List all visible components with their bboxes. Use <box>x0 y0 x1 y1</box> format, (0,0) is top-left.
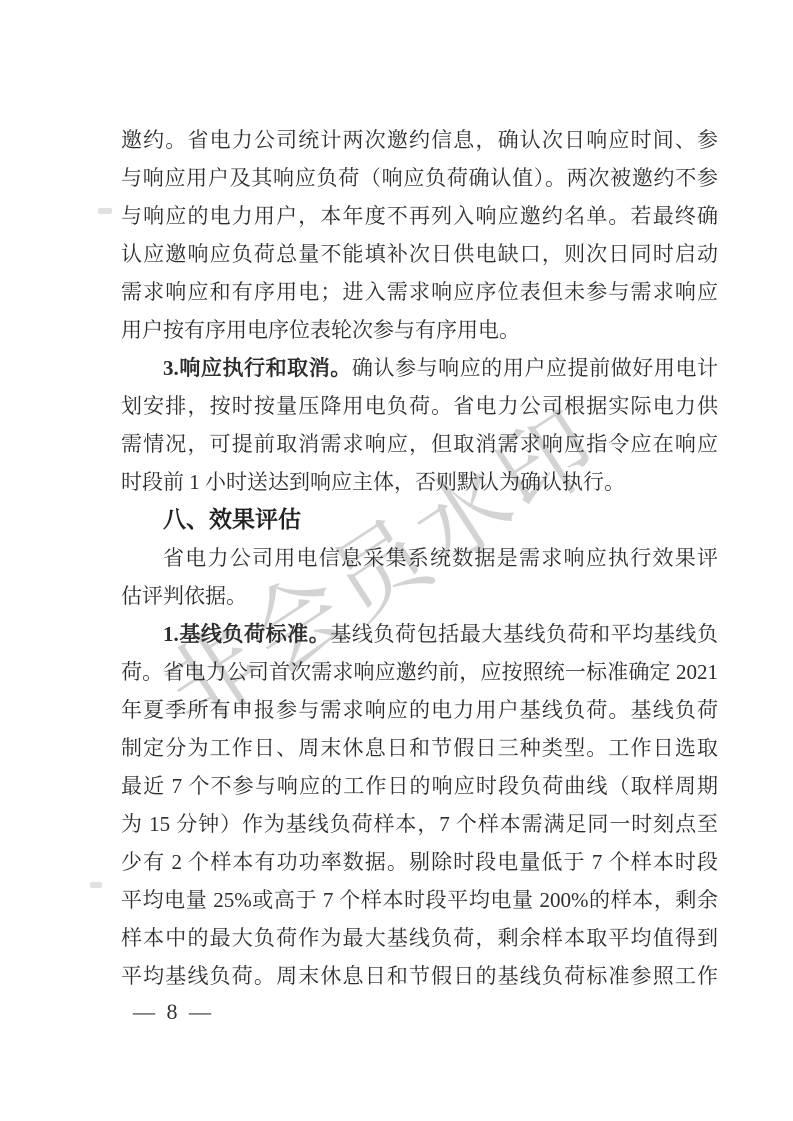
text-line: 用户按有序用电序位表轮次参与有序用电。 <box>121 311 718 349</box>
text-line-rest: 基线负荷包括最大基线负荷和平均基线负 <box>330 622 718 646</box>
text-line-rest: 确认参与响应的用户应提前做好用电计 <box>352 356 718 380</box>
text-line: 为 15 分钟）作为基线负荷样本，7 个样本需满足同一时刻点至 <box>121 805 718 843</box>
text-line: 平均基线负荷。周末休息日和节假日的基线负荷标准参照工作 <box>121 957 718 995</box>
text-line: 最近 7 个不参与响应的工作日的响应时段负荷曲线（取样周期 <box>121 767 718 805</box>
section-heading: 八、效果评估 <box>121 501 718 539</box>
text-line: 样本中的最大负荷作为最大基线负荷，剩余样本取平均值得到 <box>121 919 718 957</box>
text-line: 需情况，可提前取消需求响应，但取消需求响应指令应在响应 <box>121 425 718 463</box>
text-line: 邀约。省电力公司统计两次邀约信息，确认次日响应时间、参 <box>121 121 718 159</box>
document-body: 邀约。省电力公司统计两次邀约信息，确认次日响应时间、参 与响应用户及其响应负荷（… <box>121 121 718 995</box>
text-line: 时段前 1 小时送达到响应主体，否则默认为确认执行。 <box>121 463 718 501</box>
text-line: 与响应的电力用户，本年度不再列入响应邀约名单。若最终确 <box>121 197 718 235</box>
text-line: 划安排，按时按量压降用电负荷。省电力公司根据实际电力供 <box>121 387 718 425</box>
run-in-heading: 1.基线负荷标准。 <box>163 622 330 646</box>
text-line: 省电力公司用电信息采集系统数据是需求响应执行效果评 <box>121 539 718 577</box>
scan-artifact <box>98 208 112 214</box>
run-in-heading: 3.响应执行和取消。 <box>163 356 352 380</box>
text-line: 3.响应执行和取消。确认参与响应的用户应提前做好用电计 <box>121 349 718 387</box>
text-line: 荷。省电力公司首次需求响应邀约前，应按照统一标准确定 2021 <box>121 653 718 691</box>
text-line: 平均电量 25%或高于 7 个样本时段平均电量 200%的样本，剩余 <box>121 881 718 919</box>
text-line: 1.基线负荷标准。基线负荷包括最大基线负荷和平均基线负 <box>121 615 718 653</box>
page-number: — 8 — <box>133 995 214 1029</box>
text-line: 估评判依据。 <box>121 577 718 615</box>
text-line: 少有 2 个样本有功功率数据。剔除时段电量低于 7 个样本时段 <box>121 843 718 881</box>
text-line: 年夏季所有申报参与需求响应的电力用户基线负荷。基线负荷 <box>121 691 718 729</box>
text-line: 认应邀响应负荷总量不能填补次日供电缺口，则次日同时启动 <box>121 235 718 273</box>
text-line: 制定分为工作日、周末休息日和节假日三种类型。工作日选取 <box>121 729 718 767</box>
scanned-document-page: 非会员水印 邀约。省电力公司统计两次邀约信息，确认次日响应时间、参 与响应用户及… <box>0 0 793 1121</box>
text-line: 需求响应和有序用电；进入需求响应序位表但未参与需求响应 <box>121 273 718 311</box>
scan-artifact <box>90 882 102 888</box>
text-line: 与响应用户及其响应负荷（响应负荷确认值）。两次被邀约不参 <box>121 159 718 197</box>
